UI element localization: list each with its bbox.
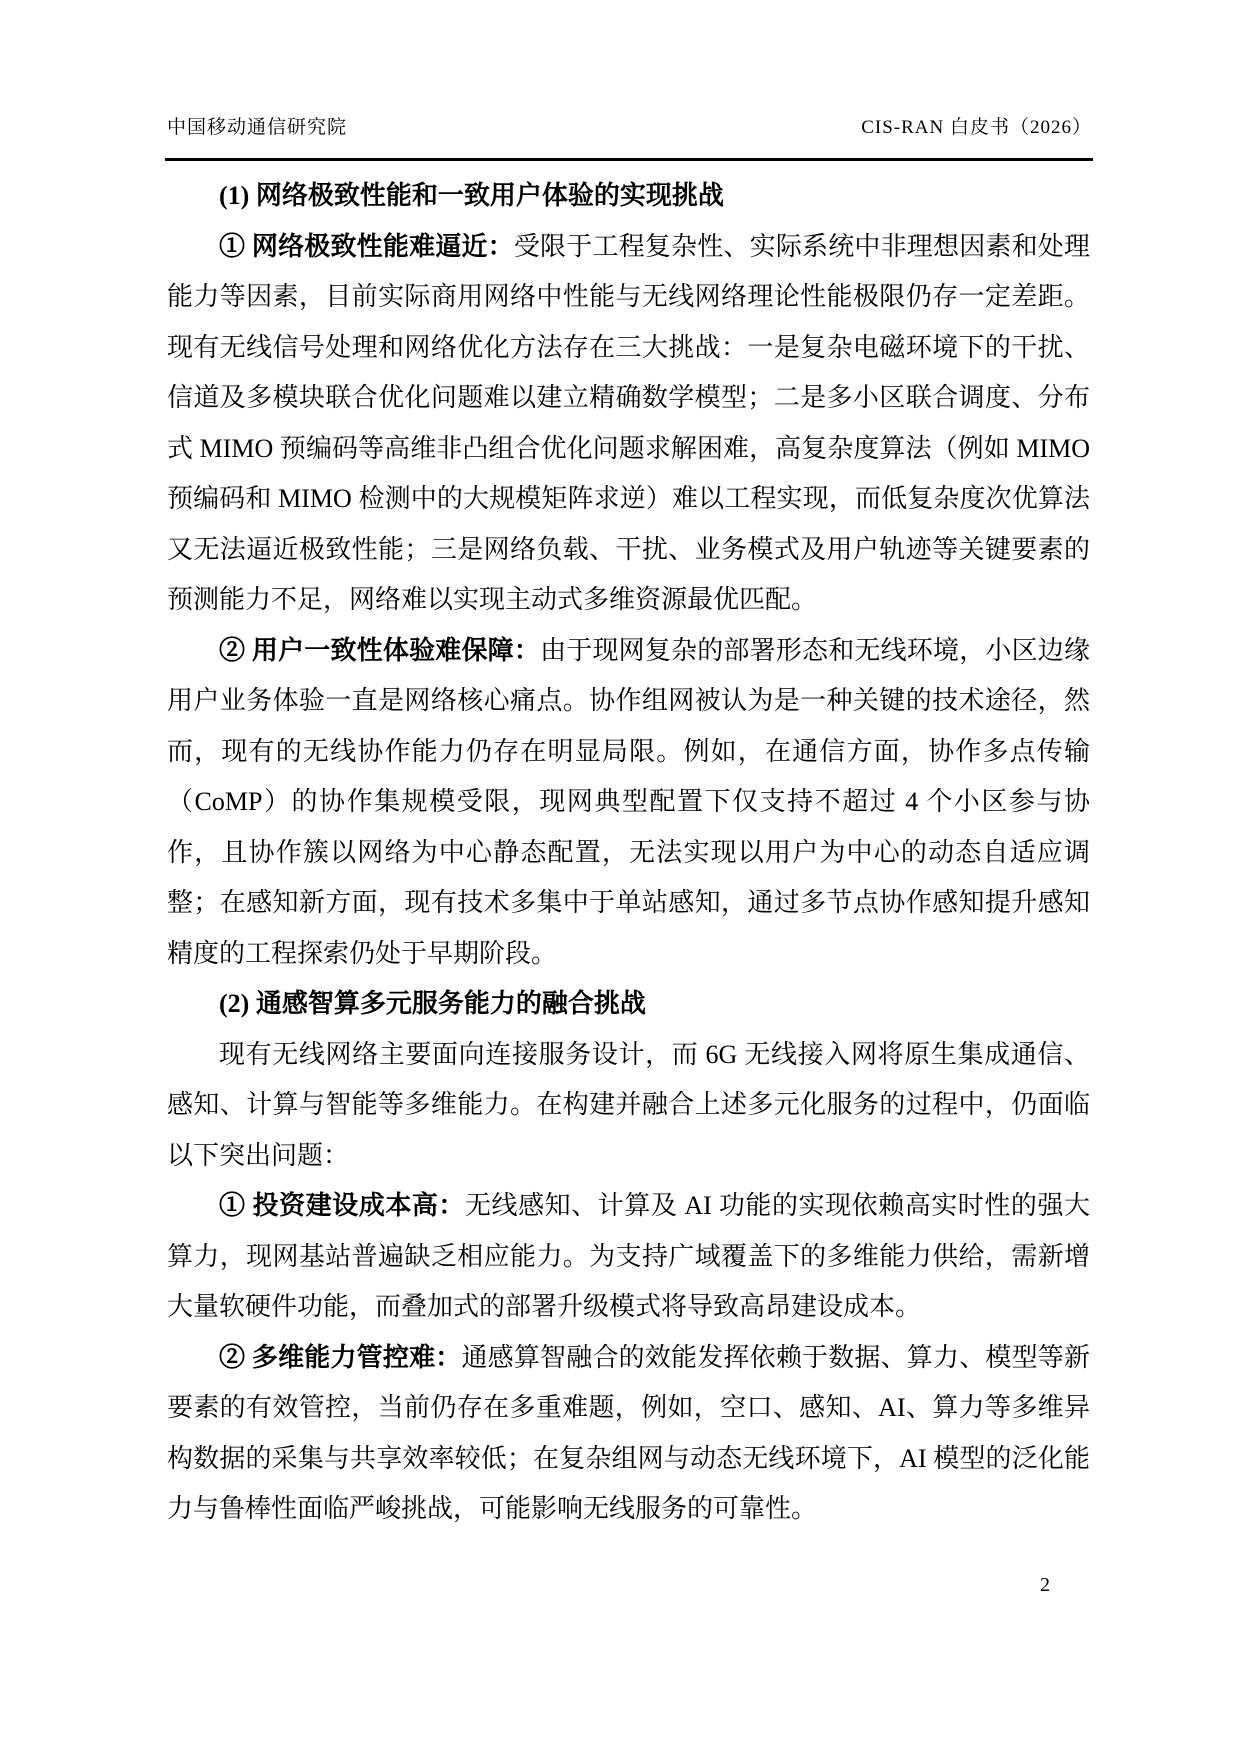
paragraph-lead: ② 用户一致性体验难保障：: [219, 636, 540, 665]
body-paragraph: 现有无线网络主要面向连接服务设计，而 6G 无线接入网将原生集成通信、感知、计算…: [167, 1030, 1090, 1182]
body-paragraph: ② 用户一致性体验难保障：由于现网复杂的部署形态和无线环境，小区边缘用户业务体验…: [167, 626, 1090, 980]
paragraph-text: 受限于工程复杂性、实际系统中非理想因素和处理能力等因素，目前实际商用网络中性能与…: [167, 232, 1090, 615]
header-document-title: CIS-RAN 白皮书（2026）: [861, 112, 1092, 139]
page-number: 2: [1040, 1574, 1050, 1597]
document-page: 中国移动通信研究院 CIS-RAN 白皮书（2026） (1) 网络极致性能和一…: [0, 0, 1240, 1754]
document-body: (1) 网络极致性能和一致用户体验的实现挑战 ① 网络极致性能难逼近：受限于工程…: [167, 171, 1090, 1535]
section-heading-2: (2) 通感智算多元服务能力的融合挑战: [167, 979, 1090, 1030]
paragraph-text: 由于现网复杂的部署形态和无线环境，小区边缘用户业务体验一直是网络核心痛点。协作组…: [167, 636, 1090, 968]
paragraph-lead: ② 多维能力管控难：: [219, 1343, 461, 1372]
paragraph-text: 现有无线网络主要面向连接服务设计，而 6G 无线接入网将原生集成通信、感知、计算…: [167, 1040, 1090, 1170]
section-heading-1: (1) 网络极致性能和一致用户体验的实现挑战: [167, 171, 1090, 222]
header-rule: [165, 158, 1093, 161]
page-header: 中国移动通信研究院 CIS-RAN 白皮书（2026）: [167, 112, 1092, 139]
paragraph-lead: ① 投资建设成本高：: [219, 1191, 465, 1220]
paragraph-lead: ① 网络极致性能难逼近：: [219, 232, 514, 261]
body-paragraph: ① 投资建设成本高：无线感知、计算及 AI 功能的实现依赖高实时性的强大算力，现…: [167, 1181, 1090, 1333]
header-organization: 中国移动通信研究院: [167, 112, 347, 139]
body-paragraph: ② 多维能力管控难：通感算智融合的效能发挥依赖于数据、算力、模型等新要素的有效管…: [167, 1333, 1090, 1535]
body-paragraph: ① 网络极致性能难逼近：受限于工程复杂性、实际系统中非理想因素和处理能力等因素，…: [167, 222, 1090, 626]
